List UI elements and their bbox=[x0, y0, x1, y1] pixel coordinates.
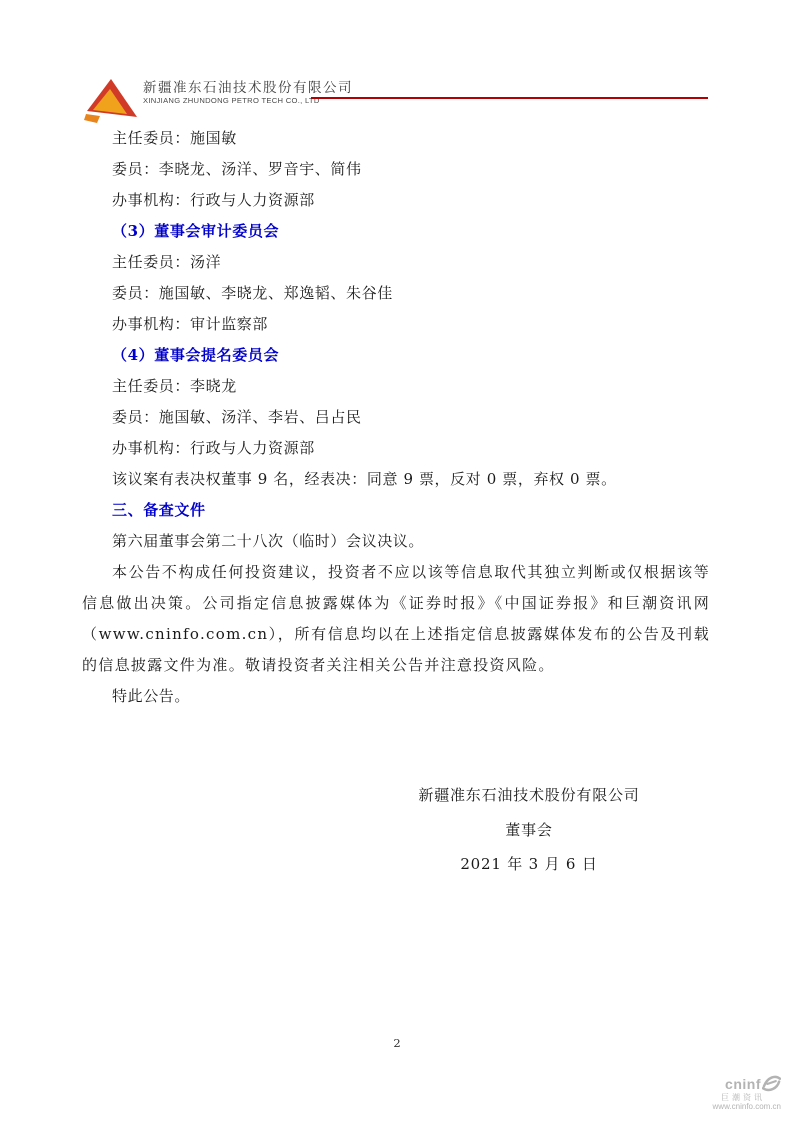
line-resolution-reference: 第六届董事会第二十八次（临时）会议决议。 bbox=[82, 526, 710, 557]
line-chair-nomination: 主任委员：李晓龙 bbox=[82, 371, 710, 402]
signature-board: 董事会 bbox=[393, 813, 665, 848]
cninfo-url: www.cninfo.com.cn bbox=[693, 1102, 781, 1112]
line-office-strategy: 办事机构：行政与人力资源部 bbox=[82, 185, 710, 216]
document-page: 新疆准东石油技术股份有限公司 XINJIANG ZHUNDONG PETRO T… bbox=[0, 0, 794, 1123]
cninfo-brand-text: cninf bbox=[725, 1077, 761, 1091]
line-members-audit: 委员：施国敏、李晓龙、郑逸韬、朱谷佳 bbox=[82, 278, 710, 309]
signature-block: 新疆准东石油技术股份有限公司 董事会 2021 年 3 月 6 日 bbox=[393, 778, 665, 882]
header-rule bbox=[311, 97, 708, 99]
line-members-strategy: 委员：李晓龙、汤洋、罗音宇、简伟 bbox=[82, 154, 710, 185]
heading-nomination-committee: （4）董事会提名委员会 bbox=[82, 340, 710, 371]
cninfo-name-cn: 巨潮资讯 bbox=[693, 1093, 781, 1102]
cninfo-watermark: cninf 巨潮资讯 www.cninfo.com.cn bbox=[693, 1074, 781, 1112]
line-voting-result: 该议案有表决权董事 9 名，经表决：同意 9 票，反对 0 票，弃权 0 票。 bbox=[82, 464, 710, 495]
heading-reference-documents: 三、备查文件 bbox=[82, 495, 710, 526]
cninfo-brand-row: cninf bbox=[693, 1074, 781, 1093]
line-hereby-announced: 特此公告。 bbox=[82, 681, 710, 712]
header-company-names: 新疆准东石油技术股份有限公司 XINJIANG ZHUNDONG PETRO T… bbox=[143, 81, 353, 106]
signature-company: 新疆准东石油技术股份有限公司 bbox=[393, 778, 665, 813]
page-number: 2 bbox=[0, 1036, 794, 1050]
line-chair-audit: 主任委员：汤洋 bbox=[82, 247, 710, 278]
header-company-name-cn: 新疆准东石油技术股份有限公司 bbox=[143, 81, 353, 96]
signature-date: 2021 年 3 月 6 日 bbox=[393, 847, 665, 882]
heading-audit-committee: （3）董事会审计委员会 bbox=[82, 216, 710, 247]
line-chair-strategy: 主任委员：施国敏 bbox=[82, 123, 710, 154]
line-office-nomination: 办事机构：行政与人力资源部 bbox=[82, 433, 710, 464]
line-members-nomination: 委员：施国敏、汤洋、李岩、吕占民 bbox=[82, 402, 710, 433]
cninfo-swirl-icon bbox=[762, 1074, 781, 1093]
line-office-audit: 办事机构：审计监察部 bbox=[82, 309, 710, 340]
company-logo-icon bbox=[84, 77, 139, 125]
document-body: 主任委员：施国敏 委员：李晓龙、汤洋、罗音宇、简伟 办事机构：行政与人力资源部 … bbox=[82, 123, 710, 712]
paragraph-disclaimer: 本公告不构成任何投资建议，投资者不应以该等信息取代其独立判断或仅根据该等信息做出… bbox=[82, 557, 710, 681]
